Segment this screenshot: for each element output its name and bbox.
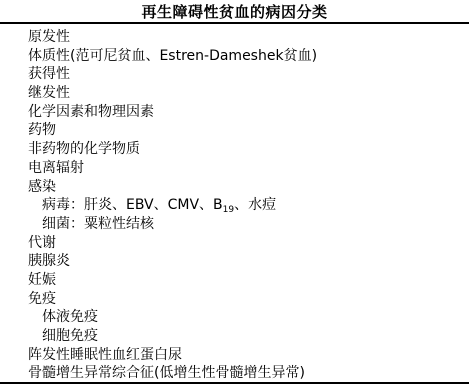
item-text: 化学因素和物理因素	[28, 104, 154, 120]
list-item-pregnancy: 妊娠	[28, 271, 469, 290]
list-item-secondary: 继发性	[28, 84, 469, 103]
item-text: 体液免疫	[42, 309, 98, 325]
list-item-pnh: 阵发性睡眠性血红蛋白尿	[28, 346, 469, 365]
list-item-primary: 原发性	[28, 28, 469, 47]
item-text: 体质性(范可尼贫血、Estren-Dameshek贫血)	[28, 48, 317, 64]
list-item-nondrug-chemicals: 非药物的化学物质	[28, 140, 469, 159]
item-text: 、水痘	[234, 197, 276, 213]
item-text: 获得性	[28, 66, 70, 82]
list-item-drugs: 药物	[28, 121, 469, 140]
item-text: 原发性	[28, 29, 70, 45]
item-text: 病毒：肝炎、EBV、CMV、B	[42, 197, 223, 213]
item-text: 妊娠	[28, 272, 56, 288]
list-item-bacteria: 细菌：粟粒性结核	[28, 215, 469, 234]
item-text: 细菌：粟粒性结核	[42, 216, 154, 232]
etiology-list: 原发性 体质性(范可尼贫血、Estren-Dameshek贫血) 获得性 继发性…	[0, 24, 469, 383]
item-text: 阵发性睡眠性血红蛋白尿	[28, 347, 182, 363]
item-text: 继发性	[28, 85, 70, 101]
list-item-virus: 病毒：肝炎、EBV、CMV、B19、水痘	[28, 196, 469, 215]
item-text: 非药物的化学物质	[28, 141, 140, 157]
list-item-infection: 感染	[28, 178, 469, 197]
list-item-metabolic: 代谢	[28, 234, 469, 253]
footer-rule	[0, 382, 469, 384]
subscript-19: 19	[223, 205, 234, 215]
list-item-ionizing-radiation: 电离辐射	[28, 159, 469, 178]
list-item-acquired: 获得性	[28, 65, 469, 84]
item-text: 感染	[28, 179, 56, 195]
list-item-humoral-immunity: 体液免疫	[28, 308, 469, 327]
item-text: 药物	[28, 122, 56, 138]
table-title: 再生障碍性贫血的病因分类	[0, 0, 469, 22]
item-text: 电离辐射	[28, 160, 84, 176]
etiology-table-document: 再生障碍性贫血的病因分类 原发性 体质性(范可尼贫血、Estren-Damesh…	[0, 0, 469, 386]
list-item-mds: 骨髓增生异常综合征(低增生性骨髓增生异常)	[28, 364, 469, 383]
item-text: 细胞免疫	[42, 328, 98, 344]
list-item-immune: 免疫	[28, 290, 469, 309]
item-text: 胰腺炎	[28, 253, 70, 269]
list-item-chemical-physical-factors: 化学因素和物理因素	[28, 103, 469, 122]
item-text: 免疫	[28, 291, 56, 307]
item-text: 骨髓增生异常综合征(低增生性骨髓增生异常)	[28, 365, 305, 381]
list-item-pancreatitis: 胰腺炎	[28, 252, 469, 271]
list-item-cellular-immunity: 细胞免疫	[28, 327, 469, 346]
list-item-constitutional: 体质性(范可尼贫血、Estren-Dameshek贫血)	[28, 47, 469, 66]
item-text: 代谢	[28, 235, 56, 251]
